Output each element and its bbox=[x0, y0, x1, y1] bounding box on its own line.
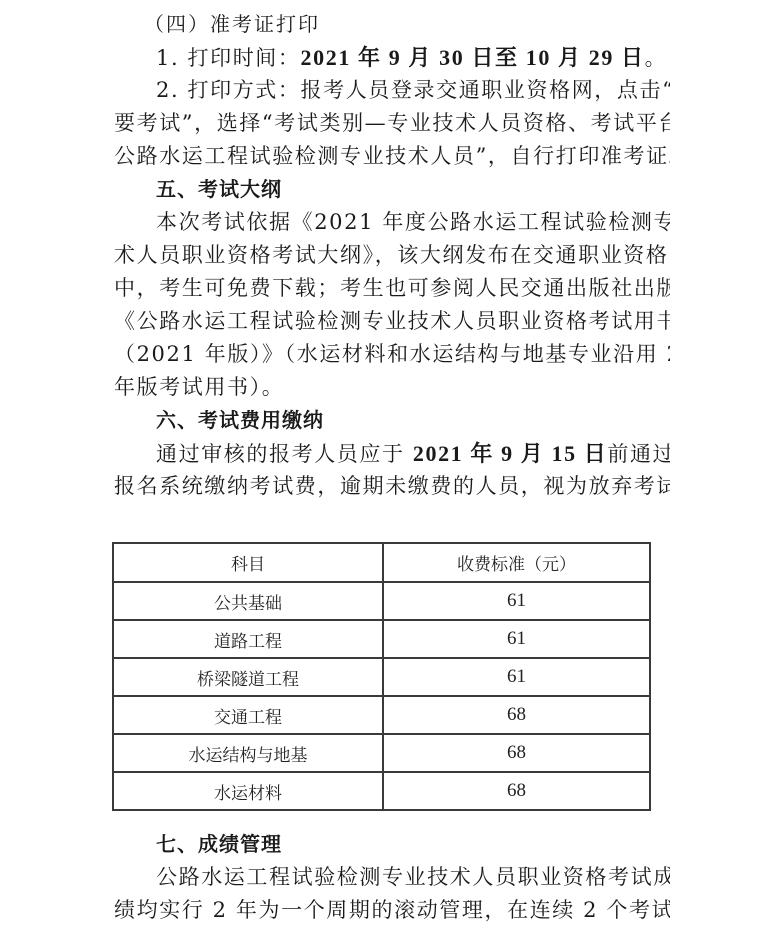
table-row: 道路工程 61 bbox=[113, 620, 650, 658]
fee-cell: 61 bbox=[383, 620, 650, 658]
score-line-1: 公路水运工程试验检测专业技术人员职业资格考试成 bbox=[114, 861, 670, 894]
section-5-heading: 五、考试大纲 bbox=[114, 173, 670, 206]
print-time-dates: 2021 年 9 月 30 日至 10 月 29 日 bbox=[301, 45, 645, 70]
print-method-line-2: 要考试”，选择“考试类别—专业技术人员资格、考试平台— bbox=[114, 107, 670, 140]
table-row: 交通工程 68 bbox=[113, 696, 650, 734]
fee-payment-line-1: 通过审核的报考人员应于 2021 年 9 月 15 日前通过网上 bbox=[114, 437, 670, 470]
table-row: 公共基础 61 bbox=[113, 582, 650, 620]
syllabus-line-6: 年版考试用书）。 bbox=[114, 371, 670, 404]
print-method-line-1: 2. 打印方式：报考人员登录交通职业资格网，点击“我 bbox=[114, 74, 670, 107]
subject-cell: 桥梁隧道工程 bbox=[113, 658, 383, 696]
fee-cell: 68 bbox=[383, 696, 650, 734]
header-fee: 收费标准（元） bbox=[383, 543, 650, 582]
score-line-2: 绩均实行 2 年为一个周期的滚动管理，在连续 2 个考试年度 bbox=[114, 894, 670, 927]
table-row: 水运材料 68 bbox=[113, 772, 650, 810]
section-7-heading: 七、成绩管理 bbox=[114, 828, 670, 861]
syllabus-line-2: 术人员职业资格考试大纲》，该大纲发布在交通职业资格网 bbox=[114, 239, 670, 272]
section-4-heading: （四）准考证打印 bbox=[114, 8, 670, 41]
fee-payment-prefix: 通过审核的报考人员应于 bbox=[156, 442, 413, 466]
table-header-row: 科目 收费标准（元） bbox=[113, 543, 650, 582]
syllabus-line-3: 中，考生可免费下载；考生也可参阅人民交通出版社出版的 bbox=[114, 272, 670, 305]
fee-cell: 68 bbox=[383, 772, 650, 810]
fee-cell: 61 bbox=[383, 658, 650, 696]
fee-payment-suffix: 前通过网上 bbox=[607, 442, 670, 466]
fee-table: 科目 收费标准（元） 公共基础 61 道路工程 61 桥梁隧道工程 61 交通工… bbox=[112, 542, 651, 811]
subject-cell: 公共基础 bbox=[113, 582, 383, 620]
fee-cell: 61 bbox=[383, 582, 650, 620]
subject-cell: 交通工程 bbox=[113, 696, 383, 734]
header-subject: 科目 bbox=[113, 543, 383, 582]
print-method-line-3: 公路水运工程试验检测专业技术人员”，自行打印准考证。 bbox=[114, 140, 670, 173]
table-row: 桥梁隧道工程 61 bbox=[113, 658, 650, 696]
print-time-suffix: 。 bbox=[645, 46, 668, 70]
table-row: 水运结构与地基 68 bbox=[113, 734, 650, 772]
fee-payment-line-2: 报名系统缴纳考试费，逾期未缴费的人员，视为放弃考试。 bbox=[114, 470, 670, 503]
syllabus-line-4: 《公路水运工程试验检测专业技术人员职业资格考试用书 bbox=[114, 305, 670, 338]
syllabus-line-1: 本次考试依据《2021 年度公路水运工程试验检测专业技 bbox=[114, 206, 670, 239]
print-time-item: 1. 打印时间：2021 年 9 月 30 日至 10 月 29 日。 bbox=[114, 41, 670, 74]
fee-cell: 68 bbox=[383, 734, 650, 772]
section-7: 七、成绩管理 公路水运工程试验检测专业技术人员职业资格考试成 绩均实行 2 年为… bbox=[114, 828, 670, 927]
section-6-heading: 六、考试费用缴纳 bbox=[114, 404, 670, 437]
subject-cell: 水运结构与地基 bbox=[113, 734, 383, 772]
document-body: （四）准考证打印 1. 打印时间：2021 年 9 月 30 日至 10 月 2… bbox=[114, 8, 670, 503]
subject-cell: 道路工程 bbox=[113, 620, 383, 658]
subject-cell: 水运材料 bbox=[113, 772, 383, 810]
syllabus-line-5: （2021 年版）》（水运材料和水运结构与地基专业沿用 2020 bbox=[114, 338, 670, 371]
print-time-label: 1. 打印时间： bbox=[156, 46, 301, 70]
fee-payment-deadline: 2021 年 9 月 15 日 bbox=[413, 441, 608, 466]
